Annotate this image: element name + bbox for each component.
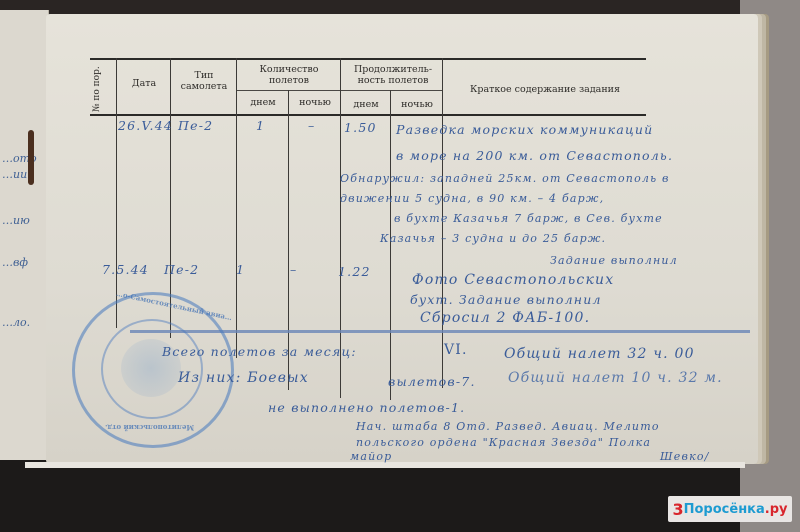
not-completed: не выполнено полетов-1. [268, 400, 465, 415]
combat-flight-time: Общий налет 10 ч. 32 м. [508, 370, 723, 386]
binding-mark [28, 130, 34, 185]
left-page-fragment: …ии [2, 168, 27, 181]
row-duration-day: 1.22 [338, 264, 371, 279]
header-duration: Продолжитель-ность полетов [342, 64, 444, 86]
header-flights-night: ночью [290, 97, 340, 108]
header-bottom-rule [90, 114, 646, 116]
subheader-rule [236, 90, 442, 91]
signature-name: Шевко/ [660, 450, 710, 463]
row-aircraft: Пе-2 [178, 118, 213, 133]
row-duration-day: 1.50 [344, 120, 377, 135]
left-page: …ото …ии …ию …вф …ло. [0, 10, 49, 460]
signature-rank: майор [350, 450, 392, 463]
summary-line: в бухте Казачья 7 барж, в Сев. бухте [394, 212, 663, 225]
watermark-number: 3 [672, 500, 683, 519]
totals-value: VI. [444, 342, 468, 358]
header-date: Дата [118, 78, 170, 89]
col-divider [390, 90, 391, 400]
row-flights-day: 1 [236, 262, 245, 277]
col-divider [236, 58, 237, 358]
watermark-text: Поросёнка [684, 502, 765, 517]
summary-line: Сбросил 2 ФАБ-100. [420, 310, 590, 326]
header-summary: Краткое содержание задания [470, 84, 620, 95]
summary-line: Обнаружил: западней 25км. от Севастополь… [340, 172, 670, 185]
col-divider [116, 58, 117, 328]
total-flight-time: Общий налет 32 ч. 00 [504, 346, 695, 362]
row-aircraft: Пе-2 [164, 262, 199, 277]
site-watermark-logo: 3 Поросёнка .ру [668, 496, 792, 522]
signature-line: польского ордена "Красная Звезда" Полка [356, 436, 651, 449]
header-aircraft-type: Тип самолета [172, 70, 236, 92]
row-flights-night: – [308, 118, 315, 133]
summary-line: Задание выполнил [550, 254, 678, 267]
row-date: 7.5.44 [102, 262, 149, 277]
summary-line: в море на 200 км. от Севастополь. [396, 148, 673, 163]
signature-line: Нач. штаба 8 Отд. Развед. Авиац. Мелито [356, 420, 660, 433]
summary-line: бухт. Задание выполнил [410, 292, 602, 307]
header-num: № по пор. [92, 66, 102, 112]
row-flights-night: – [290, 262, 297, 277]
stamp-bottom-text: Мелитопольский отд. [105, 423, 194, 432]
watermark-tld: .ру [765, 502, 788, 517]
header-duration-day: днем [342, 99, 390, 110]
combat-label: Из них: Боевых [178, 370, 309, 386]
table-top-rule [90, 58, 646, 60]
left-page-fragment: …вф [2, 256, 28, 269]
row-date: 26.V.44 [118, 118, 173, 133]
header-flights-count: Количество полетов [238, 64, 340, 86]
summary-line: Казачья – 3 судна и до 25 барж. [380, 232, 606, 245]
row-flights-day: 1 [256, 118, 265, 133]
totals-label: Всего полетов за месяц: [162, 344, 357, 359]
header-duration-night: ночью [392, 99, 442, 110]
header-flights-day: днем [238, 97, 288, 108]
summary-line: Фото Севастопольских [412, 272, 614, 288]
combat-sorties: вылетов-7. [388, 374, 476, 389]
left-page-fragment: …ло. [2, 316, 30, 329]
summary-line: Разведка морских коммуникаций [396, 122, 653, 137]
left-page-fragment: …ию [2, 214, 30, 227]
summary-line: движении 5 судна, в 90 км. – 4 барж, [340, 192, 604, 205]
